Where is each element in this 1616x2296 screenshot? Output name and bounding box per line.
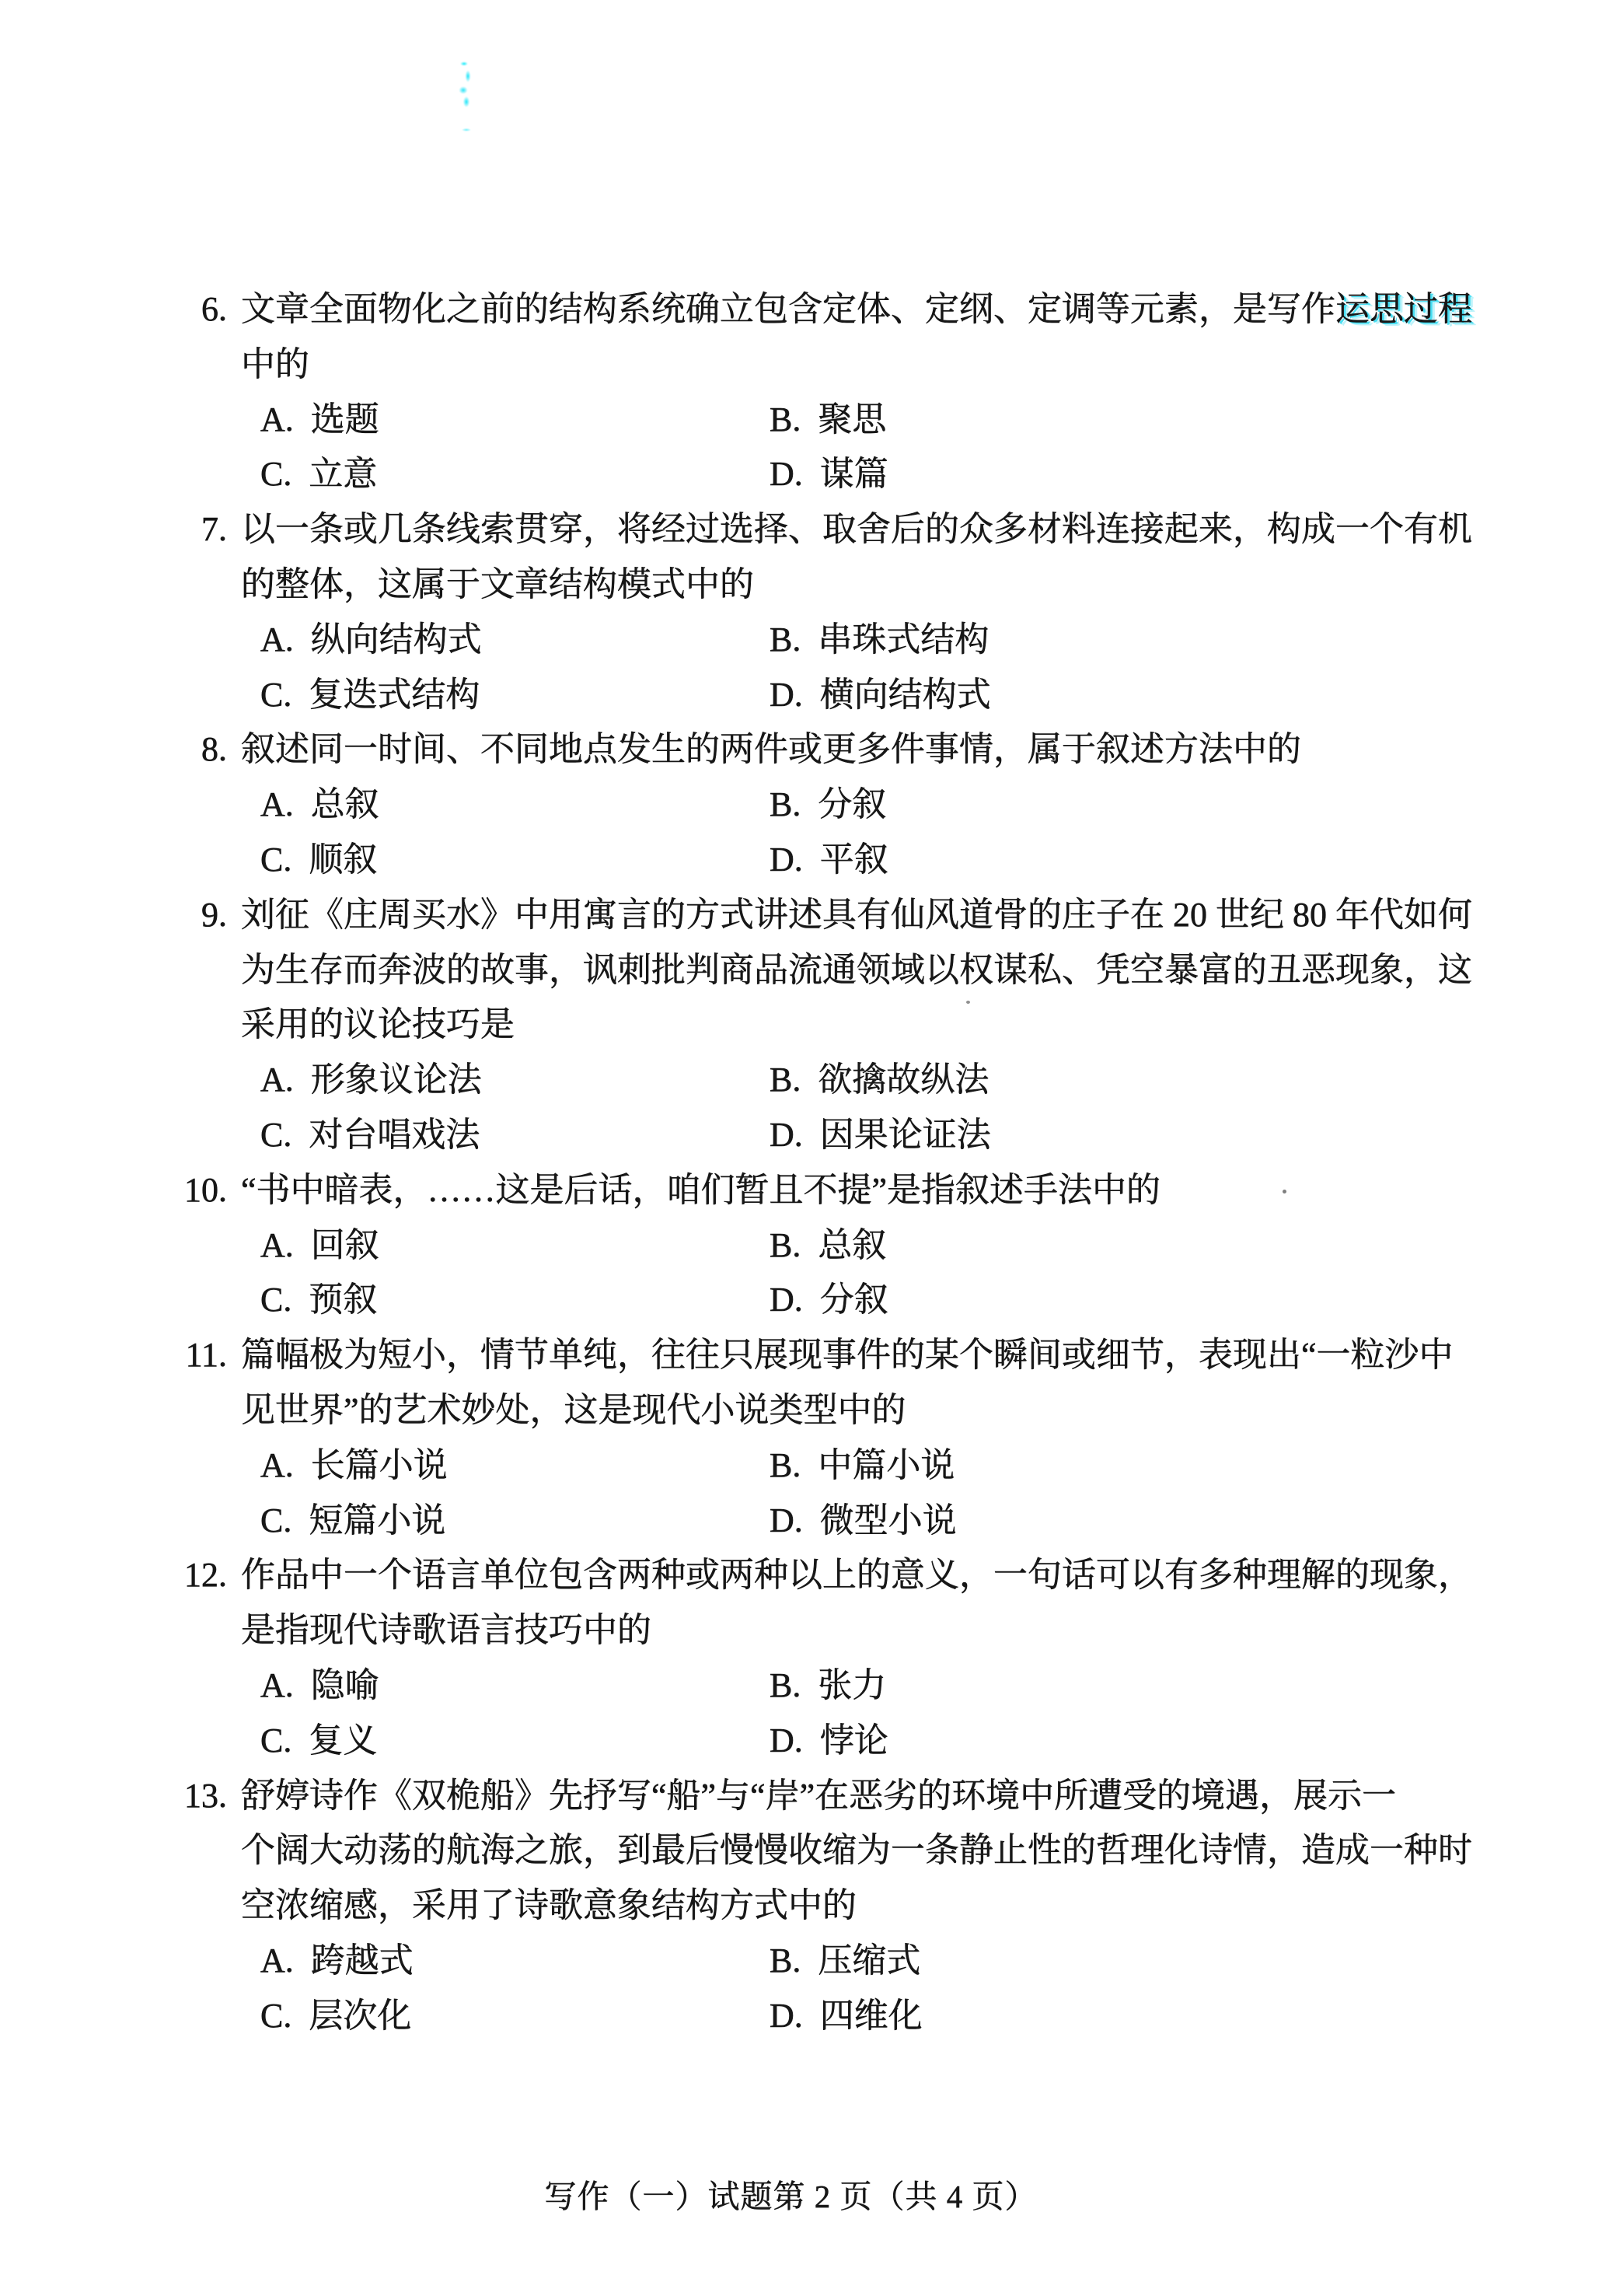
option-label: B. [770,781,801,828]
question-text: 为生存而奔波的故事，讽刺批判商品流通领域以权谋私、凭空暴富的丑恶现象，这 [241,947,1472,994]
question-number: 12. [177,1552,227,1599]
option-c: C.层次化 [260,1993,770,2039]
option-c: C.顺叙 [260,837,770,883]
option-label: D. [770,451,803,498]
question-text: 是指现代诗歌语言技巧中的 [241,1607,651,1654]
option-row: A.隐喻B.张力 [0,1662,1616,1718]
option-text: 复义 [309,1718,377,1764]
question-text: 作品中一个语言单位包含两种或两种以上的意义，一句话可以有多种理解的现象， [241,1552,1472,1599]
question-number: 8. [177,726,227,773]
question-stem-line: 13.舒婷诗作《双桅船》先抒写“船”与“岸”在恶劣的环境中所遭受的境遇，展示一 [0,1773,1616,1828]
option-b: B.分叙 [770,781,1279,828]
option-a: A.长篇小说 [260,1442,770,1489]
option-text: 隐喻 [311,1662,379,1709]
question-text: 个阔大动荡的航海之旅，到最后慢慢收缩为一条静止性的哲理化诗情，造成一种时 [241,1827,1472,1874]
question-stem-line: 的整体，这属于文章结构模式中的 [0,561,1616,617]
question-13: 13.舒婷诗作《双桅船》先抒写“船”与“岸”在恶劣的环境中所遭受的境遇，展示一个… [0,1773,1616,2048]
option-d: D.因果论证法 [770,1112,1279,1158]
option-d: D.平叙 [770,837,1279,883]
option-text: 悖论 [820,1718,888,1764]
option-c: C.短篇小说 [260,1497,770,1544]
option-text: 对台唱戏法 [309,1112,480,1158]
scan-speck [966,1001,970,1004]
option-text: 跨越式 [311,1938,414,1984]
question-stem-line: 8.叙述同一时间、不同地点发生的两件或更多件事情，属于叙述方法中的 [0,726,1616,781]
option-label: D. [770,1497,803,1544]
option-c: C.立意 [260,451,770,498]
option-text: 压缩式 [818,1938,920,1984]
option-label: B. [770,1057,801,1103]
option-label: A. [260,1442,294,1489]
question-6: 6.文章全面物化之前的结构系统确立包含定体、定纲、定调等元素，是写作运思过程中的… [0,286,1616,506]
option-label: A. [260,1938,294,1984]
option-c: C.复迭式结构 [260,672,770,718]
question-stem-line: 12.作品中一个语言单位包含两种或两种以上的意义，一句话可以有多种理解的现象， [0,1552,1616,1607]
option-label: D. [770,837,803,883]
option-a: A.总叙 [260,781,770,828]
question-12: 12.作品中一个语言单位包含两种或两种以上的意义，一句话可以有多种理解的现象，是… [0,1552,1616,1772]
option-row: A.选题B.聚思 [0,397,1616,452]
option-row: A.长篇小说B.中篇小说 [0,1442,1616,1497]
option-text: 形象议论法 [311,1057,482,1103]
question-stem-line: 9.刘征《庄周买水》中用寓言的方式讲述具有仙风道骨的庄子在 20 世纪 80 年… [0,892,1616,947]
question-stem-line: 空浓缩感，采用了诗歌意象结构方式中的 [0,1882,1616,1938]
option-label: D. [770,1993,803,2039]
option-label: A. [260,1662,294,1709]
option-text: 短篇小说 [309,1497,445,1544]
question-11: 11.篇幅极为短小，情节单纯，往往只展现事件的某个瞬间或细节，表现出“一粒沙中见… [0,1332,1616,1552]
question-text: 中的 [241,341,309,388]
option-a: A.形象议论法 [260,1057,770,1103]
option-row: A.纵向结构式B.串珠式结构 [0,617,1616,672]
question-stem-line: 中的 [0,341,1616,397]
option-text: 因果论证法 [820,1112,991,1158]
option-text: 中篇小说 [818,1442,955,1489]
option-text: 立意 [309,451,377,498]
question-number: 7. [177,506,227,553]
option-label: A. [260,781,294,828]
option-d: D.四维化 [770,1993,1279,2039]
question-stem-line: 11.篇幅极为短小，情节单纯，往往只展现事件的某个瞬间或细节，表现出“一粒沙中 [0,1332,1616,1387]
option-label: B. [770,1662,801,1709]
option-c: C.预叙 [260,1277,770,1323]
question-text: “书中暗表，……这是后话，咱们暂且不提”是指叙述手法中的 [241,1167,1161,1214]
question-number: 10. [177,1167,227,1214]
question-text: 采用的议论技巧是 [241,1001,515,1048]
option-text: 串珠式结构 [818,617,989,663]
option-row: A.形象议论法B.欲擒故纵法 [0,1057,1616,1112]
option-label: C. [260,1497,291,1544]
option-text: 纵向结构式 [311,617,482,663]
question-text: 叙述同一时间、不同地点发生的两件或更多件事情，属于叙述方法中的 [241,726,1301,773]
option-label: C. [260,837,291,883]
option-b: B.压缩式 [770,1938,1279,1984]
option-text: 谋篇 [820,451,888,498]
exam-page: 6.文章全面物化之前的结构系统确立包含定体、定纲、定调等元素，是写作运思过程中的… [0,0,1616,2296]
option-label: D. [770,1718,803,1764]
question-text: 以一条或几条线索贯穿，将经过选择、取舍后的众多材料连接起来，构成一个有机 [241,506,1472,553]
option-row: C.立意D.谋篇 [0,451,1616,506]
option-row: C.顺叙D.平叙 [0,837,1616,892]
option-text: 横向结构式 [820,672,991,718]
option-b: B.欲擒故纵法 [770,1057,1279,1103]
option-label: B. [770,1442,801,1489]
option-row: A.总叙B.分叙 [0,781,1616,837]
option-text: 长篇小说 [311,1442,448,1489]
question-stem-line: 7.以一条或几条线索贯穿，将经过选择、取舍后的众多材料连接起来，构成一个有机 [0,506,1616,561]
question-number: 11. [177,1332,227,1379]
option-text: 层次化 [309,1993,411,2039]
option-label: C. [260,1718,291,1764]
option-text: 分叙 [818,781,886,828]
question-number: 6. [177,286,227,333]
question-text: 见世界”的艺术妙处，这是现代小说类型中的 [241,1387,906,1434]
option-text: 总叙 [818,1222,886,1269]
option-d: D.分叙 [770,1277,1279,1323]
question-text: 的整体，这属于文章结构模式中的 [241,561,754,608]
option-row: A.回叙B.总叙 [0,1222,1616,1277]
option-d: D.横向结构式 [770,672,1279,718]
option-row: C.复迭式结构D.横向结构式 [0,672,1616,727]
option-text: 总叙 [311,781,379,828]
question-stem-line: 10.“书中暗表，……这是后话，咱们暂且不提”是指叙述手法中的 [0,1167,1616,1222]
question-7: 7.以一条或几条线索贯穿，将经过选择、取舍后的众多材料连接起来，构成一个有机的整… [0,506,1616,726]
option-text: 四维化 [820,1993,923,2039]
question-text: 篇幅极为短小，情节单纯，往往只展现事件的某个瞬间或细节，表现出“一粒沙中 [241,1332,1454,1379]
option-label: C. [260,1112,291,1158]
option-label: C. [260,672,291,718]
question-text: 刘征《庄周买水》中用寓言的方式讲述具有仙风道骨的庄子在 20 世纪 80 年代如… [241,892,1472,938]
option-row: C.短篇小说D.微型小说 [0,1497,1616,1553]
question-10: 10.“书中暗表，……这是后话，咱们暂且不提”是指叙述手法中的A.回叙B.总叙C… [0,1167,1616,1332]
questions-area: 6.文章全面物化之前的结构系统确立包含定体、定纲、定调等元素，是写作运思过程中的… [0,0,1616,2048]
option-label: A. [260,1222,294,1269]
option-a: A.隐喻 [260,1662,770,1709]
option-text: 顺叙 [309,837,377,883]
option-text: 微型小说 [820,1497,957,1544]
question-stem-line: 6.文章全面物化之前的结构系统确立包含定体、定纲、定调等元素，是写作运思过程 [0,286,1616,341]
option-a: A.回叙 [260,1222,770,1269]
option-a: A.选题 [260,397,770,443]
option-row: C.对台唱戏法D.因果论证法 [0,1112,1616,1167]
option-row: A.跨越式B.压缩式 [0,1938,1616,1993]
option-label: A. [260,617,294,663]
page-footer-text: 写作（一）试题第 2 页（共 4 页） [545,2179,1038,2214]
option-b: B.总叙 [770,1222,1279,1269]
option-label: B. [770,397,801,443]
cyan-scan-dot [460,128,473,132]
question-text: 文章全面物化之前的结构系统确立包含定体、定纲、定调等元素，是写作 [241,286,1335,333]
option-label: B. [770,617,801,663]
option-a: A.纵向结构式 [260,617,770,663]
cyan-scan-smudge [457,59,474,109]
question-number: 9. [177,892,227,938]
option-row: C.复义D.悖论 [0,1718,1616,1773]
scan-speck [1283,1190,1286,1193]
question-8: 8.叙述同一时间、不同地点发生的两件或更多件事情，属于叙述方法中的A.总叙B.分… [0,726,1616,891]
option-text: 平叙 [820,837,888,883]
option-text: 分叙 [820,1277,888,1323]
option-label: B. [770,1222,801,1269]
question-text: 舒婷诗作《双桅船》先抒写“船”与“岸”在恶劣的环境中所遭受的境遇，展示一 [241,1773,1396,1819]
question-number: 13. [177,1773,227,1819]
option-b: B.张力 [770,1662,1279,1709]
option-b: B.中篇小说 [770,1442,1279,1489]
option-d: D.微型小说 [770,1497,1279,1544]
option-label: C. [260,1993,291,2039]
question-stem-line: 采用的议论技巧是 [0,1001,1616,1057]
option-label: D. [770,672,803,718]
option-label: D. [770,1277,803,1323]
option-label: B. [770,1938,801,1984]
option-text: 选题 [311,397,379,443]
question-stem-line: 为生存而奔波的故事，讽刺批判商品流通领域以权谋私、凭空暴富的丑恶现象，这 [0,947,1616,1002]
question-stem-line: 个阔大动荡的航海之旅，到最后慢慢收缩为一条静止性的哲理化诗情，造成一种时 [0,1827,1616,1882]
cyan-highlighted-text: 运思过程 [1335,286,1472,333]
option-text: 回叙 [311,1222,379,1269]
option-d: D.悖论 [770,1718,1279,1764]
option-label: A. [260,1057,294,1103]
question-stem-line: 是指现代诗歌语言技巧中的 [0,1607,1616,1662]
question-9: 9.刘征《庄周买水》中用寓言的方式讲述具有仙风道骨的庄子在 20 世纪 80 年… [0,892,1616,1167]
option-label: C. [260,451,291,498]
question-text: 空浓缩感，采用了诗歌意象结构方式中的 [241,1882,857,1929]
option-text: 欲擒故纵法 [818,1057,989,1103]
option-label: A. [260,397,294,443]
option-text: 预叙 [309,1277,377,1323]
option-b: B.聚思 [770,397,1279,443]
page-footer: 写作（一）试题第 2 页（共 4 页） [0,2177,1599,2216]
option-c: C.对台唱戏法 [260,1112,770,1158]
option-a: A.跨越式 [260,1938,770,1984]
option-c: C.复义 [260,1718,770,1764]
option-text: 聚思 [818,397,886,443]
option-b: B.串珠式结构 [770,617,1279,663]
option-text: 张力 [818,1662,886,1709]
option-d: D.谋篇 [770,451,1279,498]
question-stem-line: 见世界”的艺术妙处，这是现代小说类型中的 [0,1387,1616,1442]
option-label: D. [770,1112,803,1158]
option-text: 复迭式结构 [309,672,480,718]
option-label: C. [260,1277,291,1323]
option-row: C.预叙D.分叙 [0,1277,1616,1332]
option-row: C.层次化D.四维化 [0,1993,1616,2048]
